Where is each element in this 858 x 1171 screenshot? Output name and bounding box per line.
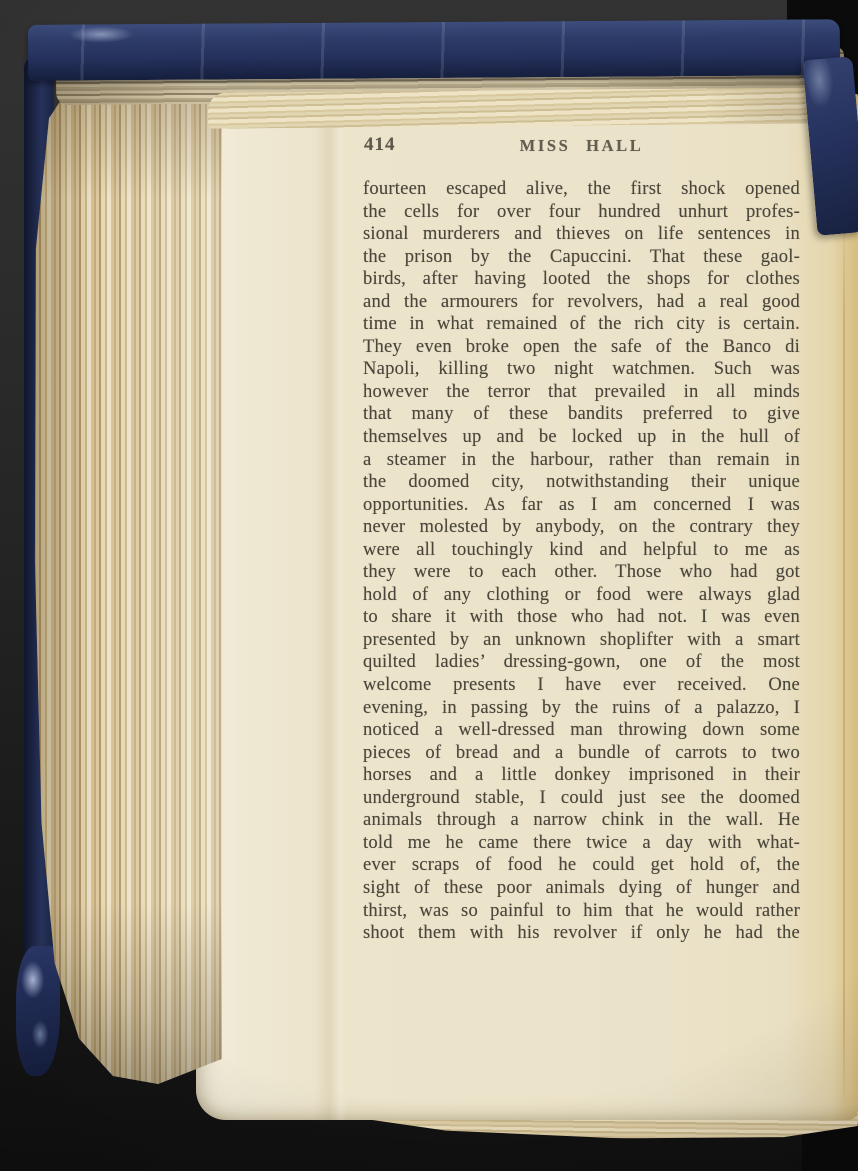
- running-header: MISS HALL: [363, 136, 800, 156]
- printed-text-block: 414 MISS HALL fourteen escaped alive, th…: [363, 134, 800, 160]
- text-line: noticed a well-dressed man throwing down…: [363, 719, 800, 742]
- text-line: shoot them with his revolver if only he …: [363, 922, 800, 945]
- text-line: hold of any clothing or food were always…: [363, 584, 800, 607]
- text-line: fourteen escaped alive, the first shock …: [363, 178, 800, 201]
- text-line: themselves up and be locked up in the hu…: [363, 426, 800, 449]
- text-line: ever scraps of food he could get hold of…: [363, 854, 800, 877]
- book-photograph: 414 MISS HALL fourteen escaped alive, th…: [0, 0, 858, 1171]
- book-page: 414 MISS HALL fourteen escaped alive, th…: [196, 94, 858, 1120]
- book-cover-bottom-corner: [16, 946, 60, 1076]
- text-line: thirst, was so painful to him that he wo…: [363, 900, 800, 923]
- page-top-edges-light: [208, 87, 848, 129]
- text-line: sional murderers and thieves on life sen…: [363, 223, 800, 246]
- text-line: welcome presents I have ever received. O…: [363, 674, 800, 697]
- text-line: pieces of bread and a bundle of carrots …: [363, 742, 800, 765]
- text-line: birds, after having looted the shops for…: [363, 268, 800, 291]
- text-line: a steamer in the harbour, rather than re…: [363, 449, 800, 472]
- text-line: told me he came there twice a day with w…: [363, 832, 800, 855]
- text-line: Napoli, killing two night watchmen. Such…: [363, 358, 800, 381]
- text-line: presented by an unknown shoplifter with …: [363, 629, 800, 652]
- book-cover-top-edge: [28, 19, 840, 81]
- text-line: that many of these bandits preferred to …: [363, 403, 800, 426]
- page-header: 414 MISS HALL: [363, 134, 800, 160]
- text-line: the prison by the Capuccini. That these …: [363, 246, 800, 269]
- text-line: they were to each other. Those who had g…: [363, 561, 800, 584]
- text-line: horses and a little donkey imprisoned in…: [363, 764, 800, 787]
- text-line: evening, in passing by the ruins of a pa…: [363, 697, 800, 720]
- page-crease: [314, 94, 348, 1120]
- page-fore-edges: [34, 78, 222, 1084]
- text-line: sight of these poor animals dying of hun…: [363, 877, 800, 900]
- text-line: They even broke open the safe of the Ban…: [363, 336, 800, 359]
- text-line: to share it with those who had not. I wa…: [363, 606, 800, 629]
- text-line: were all touchingly kind and helpful to …: [363, 539, 800, 562]
- text-line: animals through a narrow chink in the wa…: [363, 809, 800, 832]
- text-line: time in what remained of the rich city i…: [363, 313, 800, 336]
- page-edge-curl: [843, 214, 845, 1110]
- text-line: opportunities. As far as I am concerned …: [363, 494, 800, 517]
- text-line: quilted ladies’ dressing-gown, one of th…: [363, 651, 800, 674]
- text-line: the doomed city, notwithstanding their u…: [363, 471, 800, 494]
- text-line: underground stable, I could just see the…: [363, 787, 800, 810]
- text-line: never molested by anybody, on the contra…: [363, 516, 800, 539]
- text-line: however the terror that prevailed in all…: [363, 381, 800, 404]
- text-line: and the armourers for revolvers, had a r…: [363, 291, 800, 314]
- text-line: the cells for over four hundred unhurt p…: [363, 201, 800, 224]
- body-text: fourteen escaped alive, the first shock …: [363, 178, 800, 945]
